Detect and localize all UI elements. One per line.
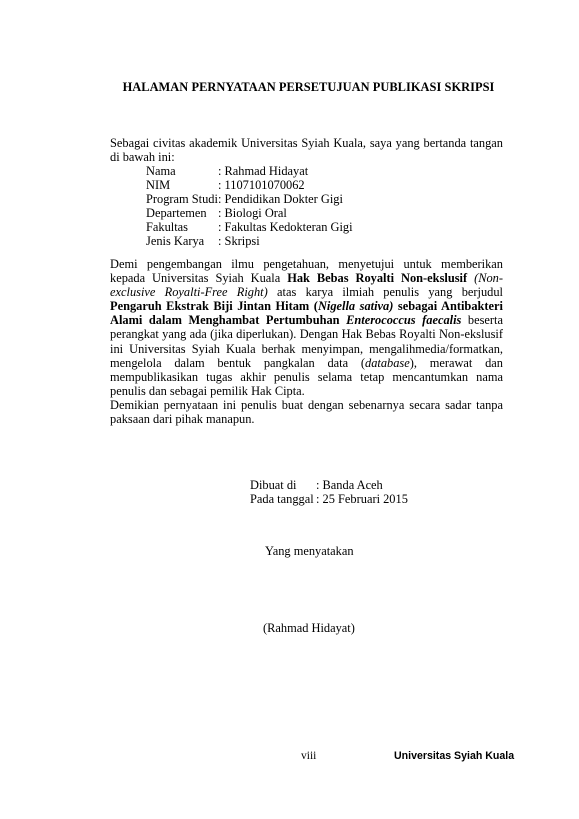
identity-label: Program Studi <box>146 192 218 206</box>
document-page: HALAMAN PERNYATAAN PERSETUJUAN PUBLIKASI… <box>0 0 579 819</box>
identity-label: Jenis Karya <box>146 234 218 248</box>
identity-row-department: Departemen Biologi Oral <box>146 206 353 220</box>
identity-table: Nama Rahmad Hidayat NIM 1107101070062 Pr… <box>146 164 353 249</box>
identity-label: Nama <box>146 164 218 178</box>
identity-label: NIM <box>146 178 218 192</box>
agreement-paragraph: Demi pengembangan ilmu pengetahuan, meny… <box>110 257 503 398</box>
page-title: HALAMAN PERNYATAAN PERSETUJUAN PUBLIKASI… <box>0 80 579 95</box>
intro-paragraph: Sebagai civitas akademik Universitas Syi… <box>110 136 503 164</box>
signing-row-date: Pada tanggal 25 Februari 2015 <box>250 492 408 506</box>
identity-value: Pendidikan Dokter Gigi <box>218 192 343 206</box>
agreement-license-name: Hak Bebas Royalti Non-ekslusif <box>287 271 467 285</box>
identity-row-program: Program Studi Pendidikan Dokter Gigi <box>146 192 353 206</box>
agreement-database-term: database <box>365 356 410 370</box>
signing-details: Dibuat di Banda Aceh Pada tanggal 25 Feb… <box>250 478 408 506</box>
identity-value: Fakultas Kedokteran Gigi <box>218 220 353 234</box>
page-number: viii <box>301 750 316 762</box>
identity-value: Biologi Oral <box>218 206 287 220</box>
thesis-title-species: Enterococcus faecalis <box>346 313 461 327</box>
signing-row-place: Dibuat di Banda Aceh <box>250 478 408 492</box>
identity-label: Fakultas <box>146 220 218 234</box>
declarer-label: Yang menyatakan <box>265 544 354 559</box>
footer-university: Universitas Syiah Kuala <box>394 750 514 762</box>
identity-row-name: Nama Rahmad Hidayat <box>146 164 353 178</box>
identity-row-nim: NIM 1107101070062 <box>146 178 353 192</box>
agreement-text: atas karya ilmiah penulis yang berjudul <box>268 285 503 299</box>
signing-label: Pada tanggal <box>250 492 316 506</box>
identity-row-faculty: Fakultas Fakultas Kedokteran Gigi <box>146 220 353 234</box>
identity-value: Rahmad Hidayat <box>218 164 308 178</box>
closing-paragraph: Demikian pernyataan ini penulis buat den… <box>110 398 503 426</box>
signing-label: Dibuat di <box>250 478 316 492</box>
identity-value: 1107101070062 <box>218 178 305 192</box>
signer-name: (Rahmad Hidayat) <box>263 621 355 636</box>
signing-value: 25 Februari 2015 <box>316 492 408 506</box>
signing-value: Banda Aceh <box>316 478 383 492</box>
thesis-title-part: Pengaruh Ekstrak Biji Jintan Hitam ( <box>110 299 318 313</box>
identity-value: Skripsi <box>218 234 260 248</box>
identity-label: Departemen <box>146 206 218 220</box>
identity-row-work-type: Jenis Karya Skripsi <box>146 234 353 248</box>
thesis-title-species: Nigella sativa) <box>318 299 393 313</box>
